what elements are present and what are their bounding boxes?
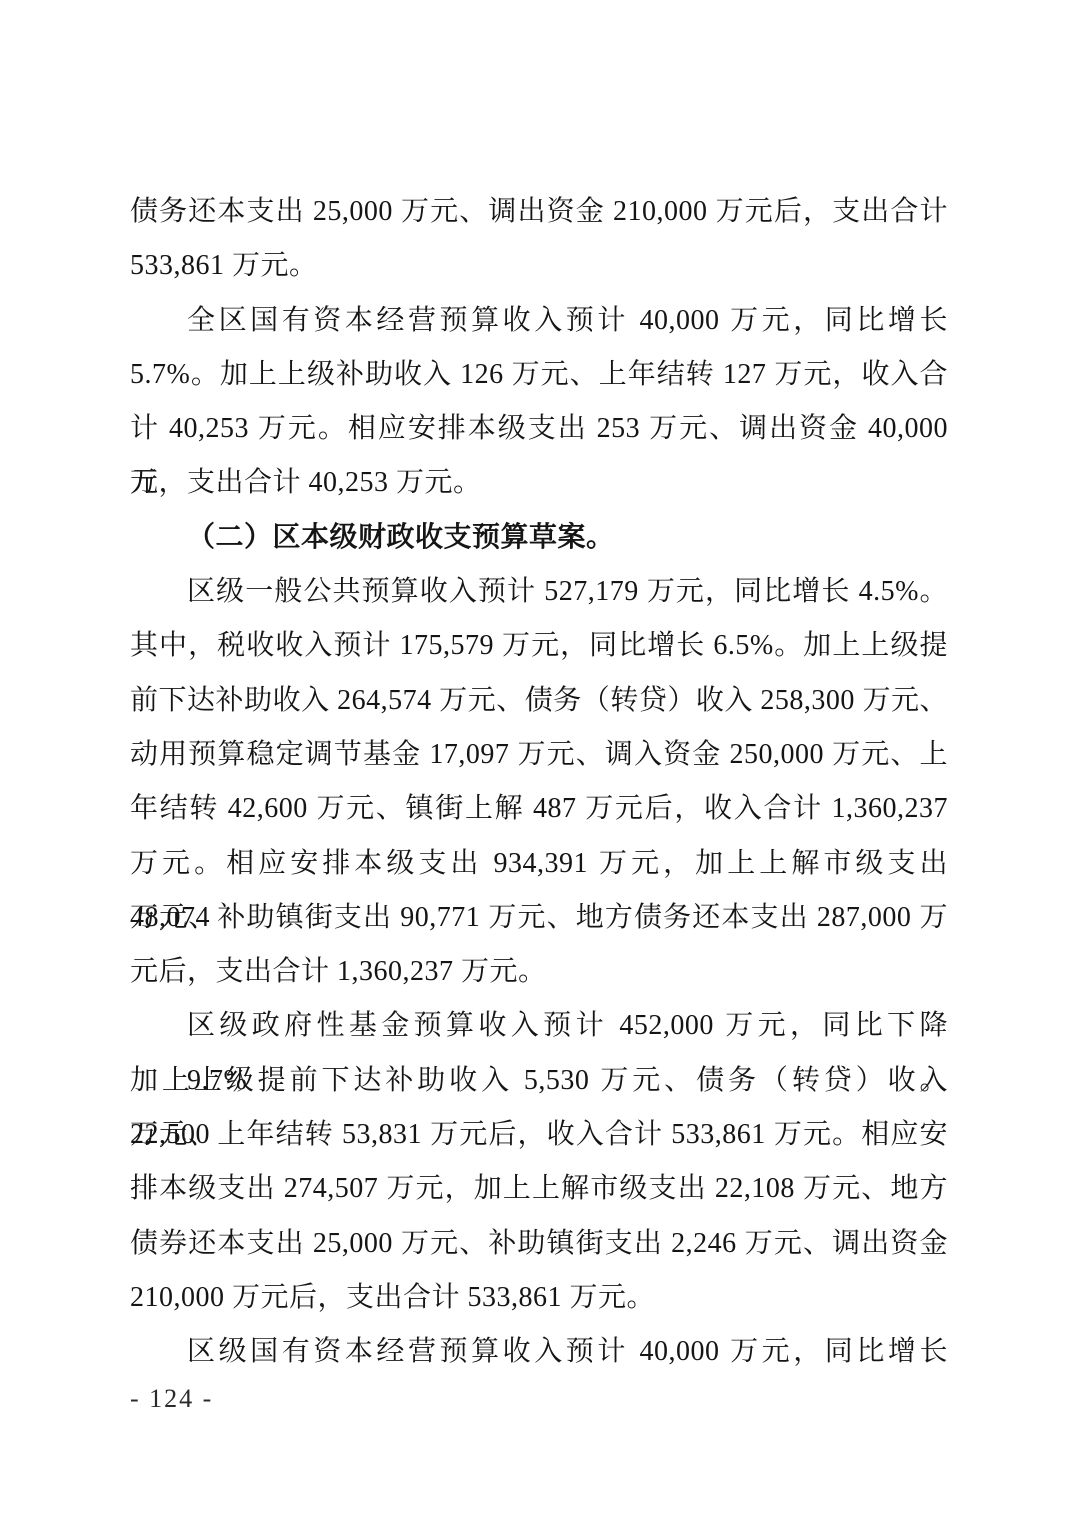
- text-line: 万元。相应安排本级支出 934,391 万元，加上上解市级支出 48,074: [130, 837, 948, 891]
- text-line: 533,861 万元。: [130, 239, 948, 293]
- text-line: 动用预算稳定调节基金 17,097 万元、调入资金 250,000 万元、上: [130, 728, 948, 782]
- text-line: 全区国有资本经营预算收入预计 40,000 万元，同比增长: [130, 294, 948, 348]
- text-line: 万元、补助镇街支出 90,771 万元、地方债务还本支出 287,000 万: [130, 891, 948, 945]
- text-line: 加上上级提前下达补助收入 5,530 万元、债务（转贷）收入 22,500: [130, 1054, 948, 1108]
- text-line: 计 40,253 万元。相应安排本级支出 253 万元、调出资金 40,000 …: [130, 402, 948, 456]
- text-line: 年结转 42,600 万元、镇街上解 487 万元后，收入合计 1,360,23…: [130, 782, 948, 836]
- document-page: 债务还本支出 25,000 万元、调出资金 210,000 万元后，支出合计53…: [0, 0, 1074, 1520]
- text-line: 5.7%。加上上级补助收入 126 万元、上年结转 127 万元，收入合: [130, 348, 948, 402]
- text-line: 其中，税收收入预计 175,579 万元，同比增长 6.5%。加上上级提: [130, 619, 948, 673]
- document-body: 债务还本支出 25,000 万元、调出资金 210,000 万元后，支出合计53…: [130, 185, 948, 1380]
- text-line: 排本级支出 274,507 万元，加上上解市级支出 22,108 万元、地方: [130, 1162, 948, 1216]
- text-line: 210,000 万元后，支出合计 533,861 万元。: [130, 1271, 948, 1325]
- text-line: 元，支出合计 40,253 万元。: [130, 456, 948, 510]
- text-line: 元后，支出合计 1,360,237 万元。: [130, 945, 948, 999]
- text-line: 区级一般公共预算收入预计 527,179 万元，同比增长 4.5%。: [130, 565, 948, 619]
- text-line: 债务还本支出 25,000 万元、调出资金 210,000 万元后，支出合计: [130, 185, 948, 239]
- text-line: 区级国有资本经营预算收入预计 40,000 万元，同比增长: [130, 1325, 948, 1379]
- page-number: - 124 -: [130, 1384, 213, 1414]
- text-line: 前下达补助收入 264,574 万元、债务（转贷）收入 258,300 万元、: [130, 674, 948, 728]
- text-line: 万元、上年结转 53,831 万元后，收入合计 533,861 万元。相应安: [130, 1108, 948, 1162]
- text-line: 区级政府性基金预算收入预计 452,000 万元，同比下降 9.7%。: [130, 999, 948, 1053]
- text-line: 债券还本支出 25,000 万元、补助镇街支出 2,246 万元、调出资金: [130, 1217, 948, 1271]
- section-heading: （二）区本级财政收支预算草案。: [130, 511, 948, 565]
